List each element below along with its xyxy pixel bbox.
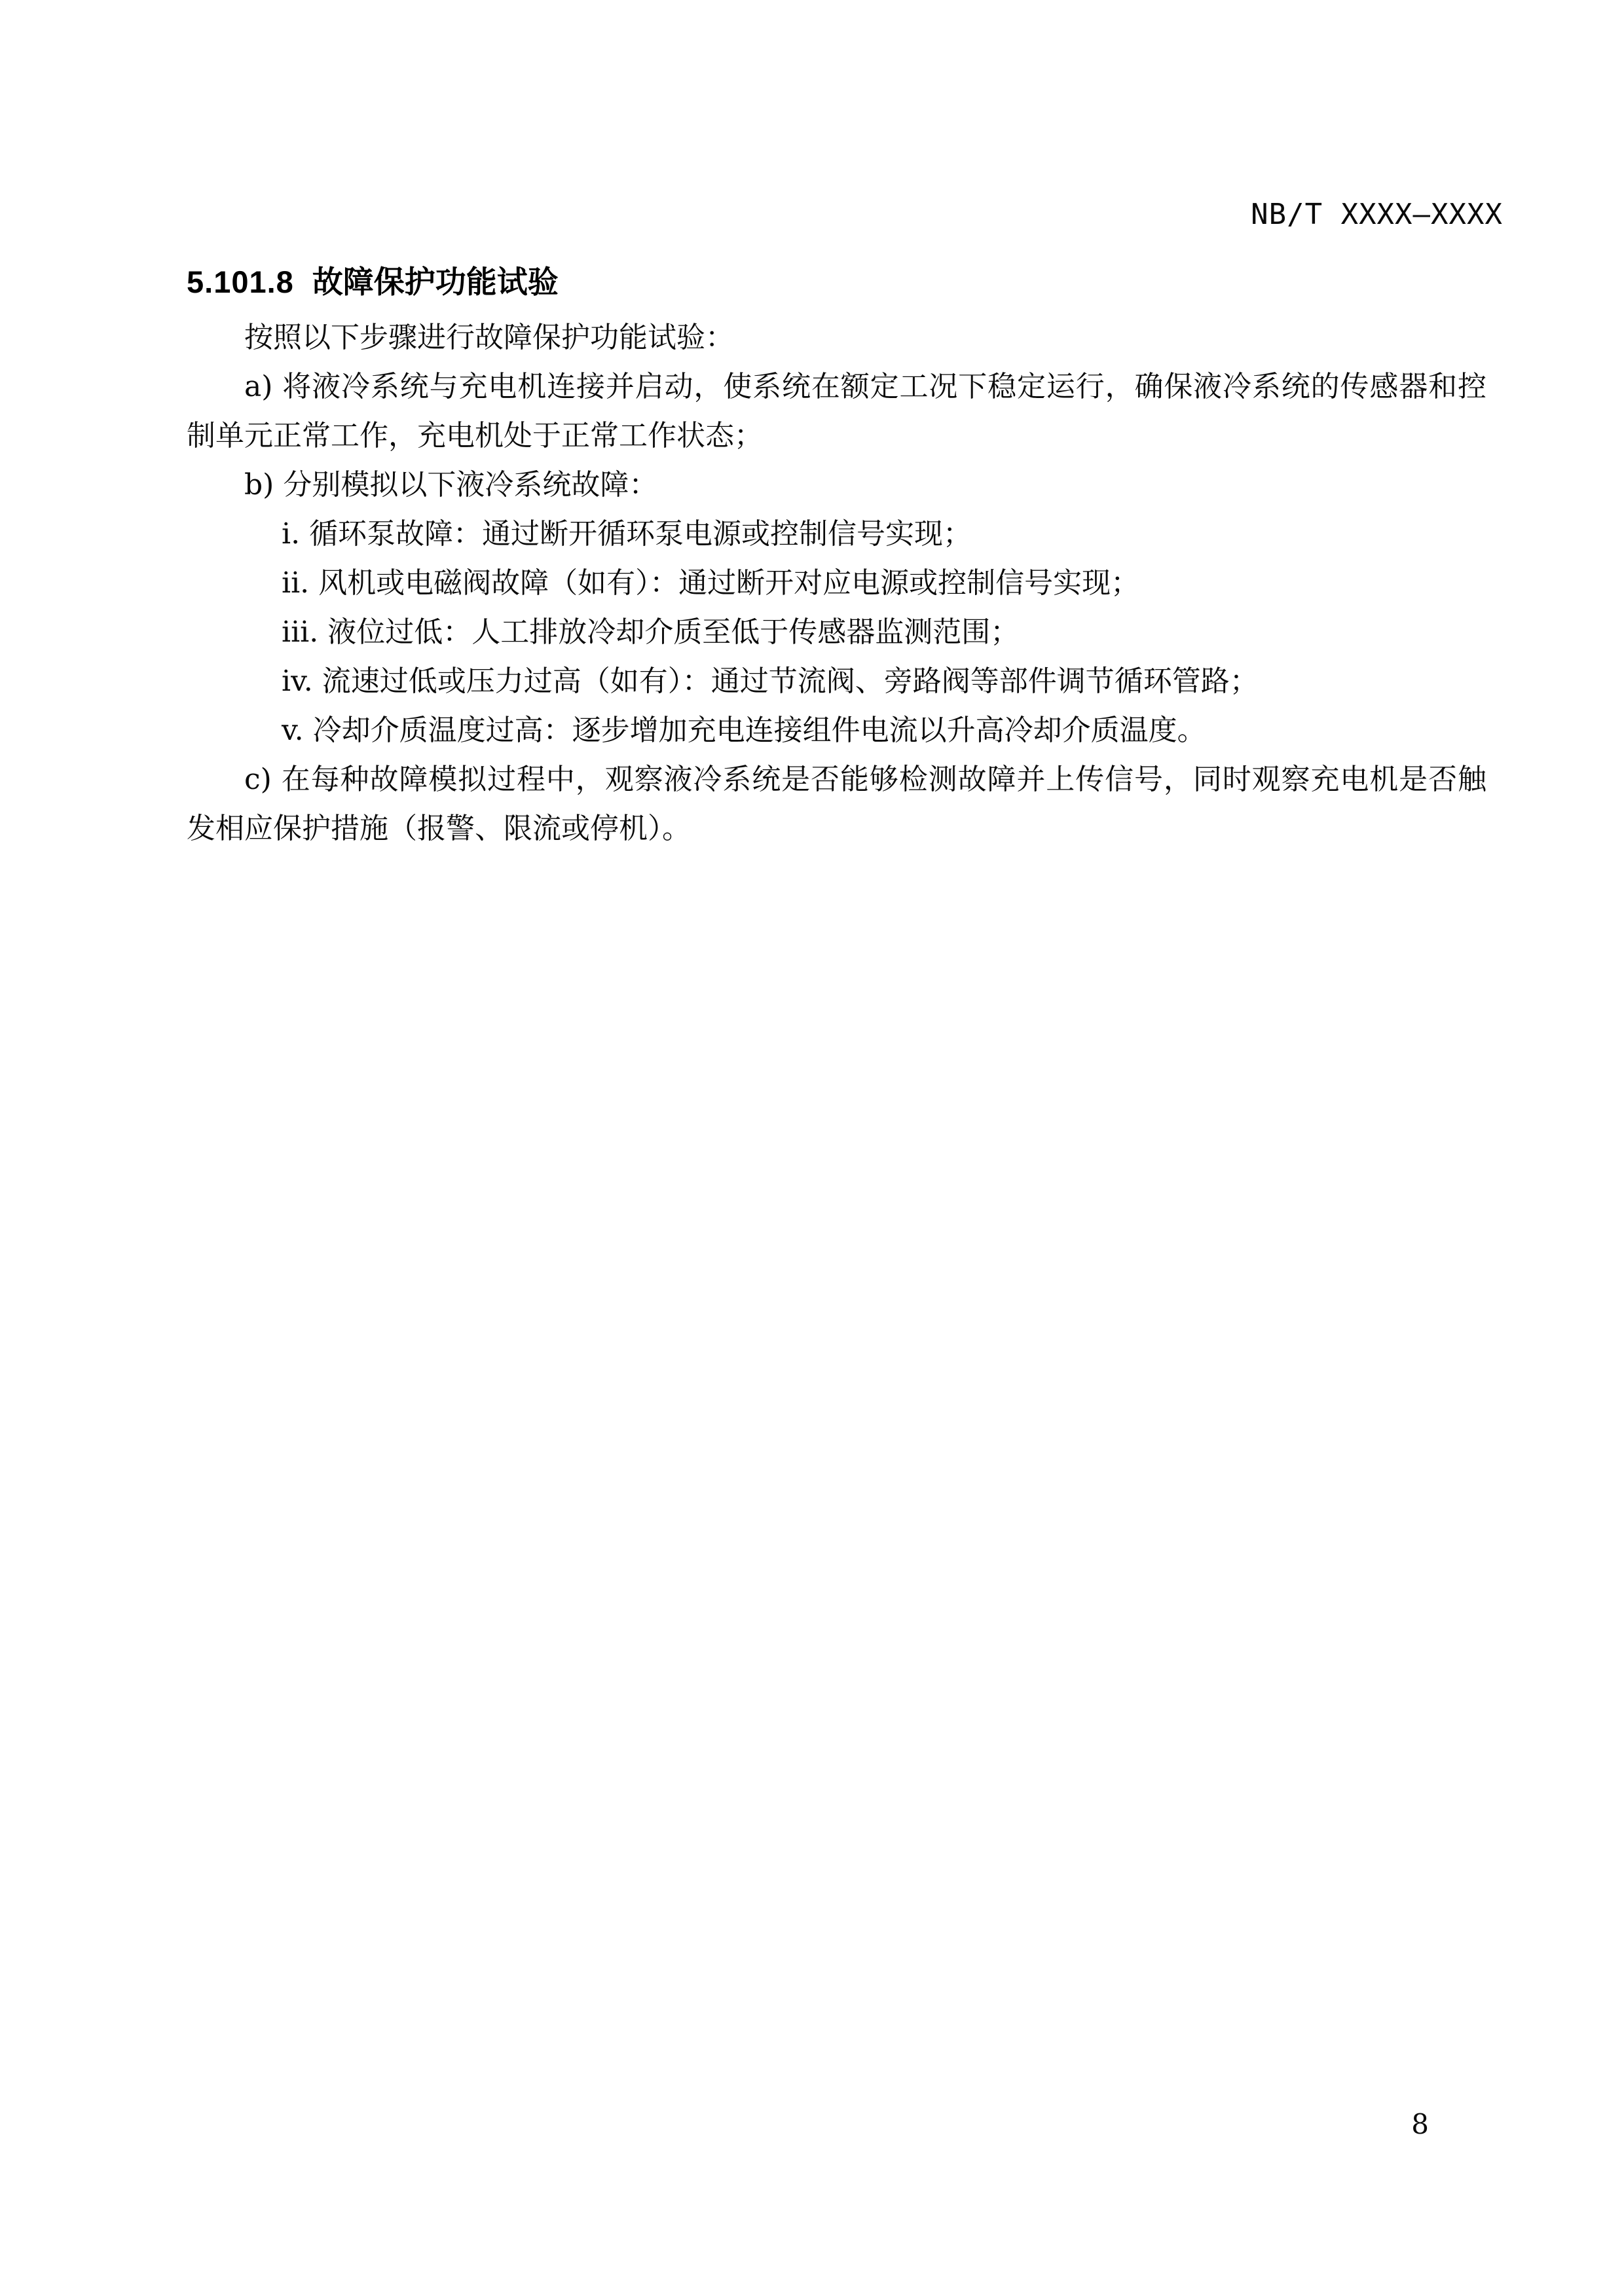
document-content: 5.101.8故障保护功能试验 按照以下步骤进行故障保护功能试验： a)将液冷系… xyxy=(187,257,1486,853)
step-b-text: 分别模拟以下液冷系统故障： xyxy=(283,468,657,501)
step-b-label: b) xyxy=(244,468,274,501)
fault-iii-text: 液位过低：人工排放冷却介质至低于传感器监测范围； xyxy=(327,615,1019,649)
fault-i-text: 循环泵故障：通过断开循环泵电源或控制信号实现； xyxy=(309,517,972,551)
standard-code-header: NB/T XXXX—XXXX xyxy=(1251,198,1503,231)
step-c-text: 在每种故障模拟过程中，观察液冷系统是否能够检测故障并上传信号，同时观察充电机是否… xyxy=(187,763,1486,845)
step-b-paragraph: b)分别模拟以下液冷系统故障： xyxy=(187,460,1486,509)
section-heading: 5.101.8故障保护功能试验 xyxy=(187,257,1486,308)
fault-item-i: i.循环泵故障：通过断开循环泵电源或控制信号实现； xyxy=(187,509,1486,558)
fault-v-text: 冷却介质温度过高：逐步增加充电连接组件电流以升高冷却介质温度。 xyxy=(313,714,1206,747)
fault-item-ii: ii.风机或电磁阀故障（如有）：通过断开对应电源或控制信号实现； xyxy=(187,558,1486,608)
step-c-paragraph: c)在每种故障模拟过程中，观察液冷系统是否能够检测故障并上传信号，同时观察充电机… xyxy=(187,755,1486,853)
step-c-label: c) xyxy=(244,763,272,796)
fault-item-iii: iii.液位过低：人工排放冷却介质至低于传感器监测范围； xyxy=(187,608,1486,657)
fault-ii-label: ii. xyxy=(282,566,309,600)
fault-ii-text: 风机或电磁阀故障（如有）：通过断开对应电源或控制信号实现； xyxy=(318,566,1139,600)
step-a-label: a) xyxy=(244,370,272,403)
fault-iii-label: iii. xyxy=(282,615,318,649)
step-a-text: 将液冷系统与充电机连接并启动，使系统在额定工况下稳定运行，确保液冷系统的传感器和… xyxy=(187,370,1486,452)
intro-paragraph: 按照以下步骤进行故障保护功能试验： xyxy=(187,313,1486,362)
fault-item-iv: iv.流速过低或压力过高（如有）：通过节流阀、旁路阀等部件调节循环管路； xyxy=(187,657,1486,706)
page-number: 8 xyxy=(1411,2108,1429,2140)
fault-iv-text: 流速过低或压力过高（如有）：通过节流阀、旁路阀等部件调节循环管路； xyxy=(322,665,1259,698)
fault-iv-label: iv. xyxy=(282,665,313,698)
fault-v-label: v. xyxy=(282,714,304,747)
document-page: NB/T XXXX—XXXX 5.101.8故障保护功能试验 按照以下步骤进行故… xyxy=(0,0,1624,2296)
section-title: 故障保护功能试验 xyxy=(312,264,559,299)
fault-item-v: v.冷却介质温度过高：逐步增加充电连接组件电流以升高冷却介质温度。 xyxy=(187,706,1486,755)
step-a-paragraph: a)将液冷系统与充电机连接并启动，使系统在额定工况下稳定运行，确保液冷系统的传感… xyxy=(187,362,1486,460)
fault-i-label: i. xyxy=(282,517,300,551)
section-number: 5.101.8 xyxy=(187,264,294,299)
